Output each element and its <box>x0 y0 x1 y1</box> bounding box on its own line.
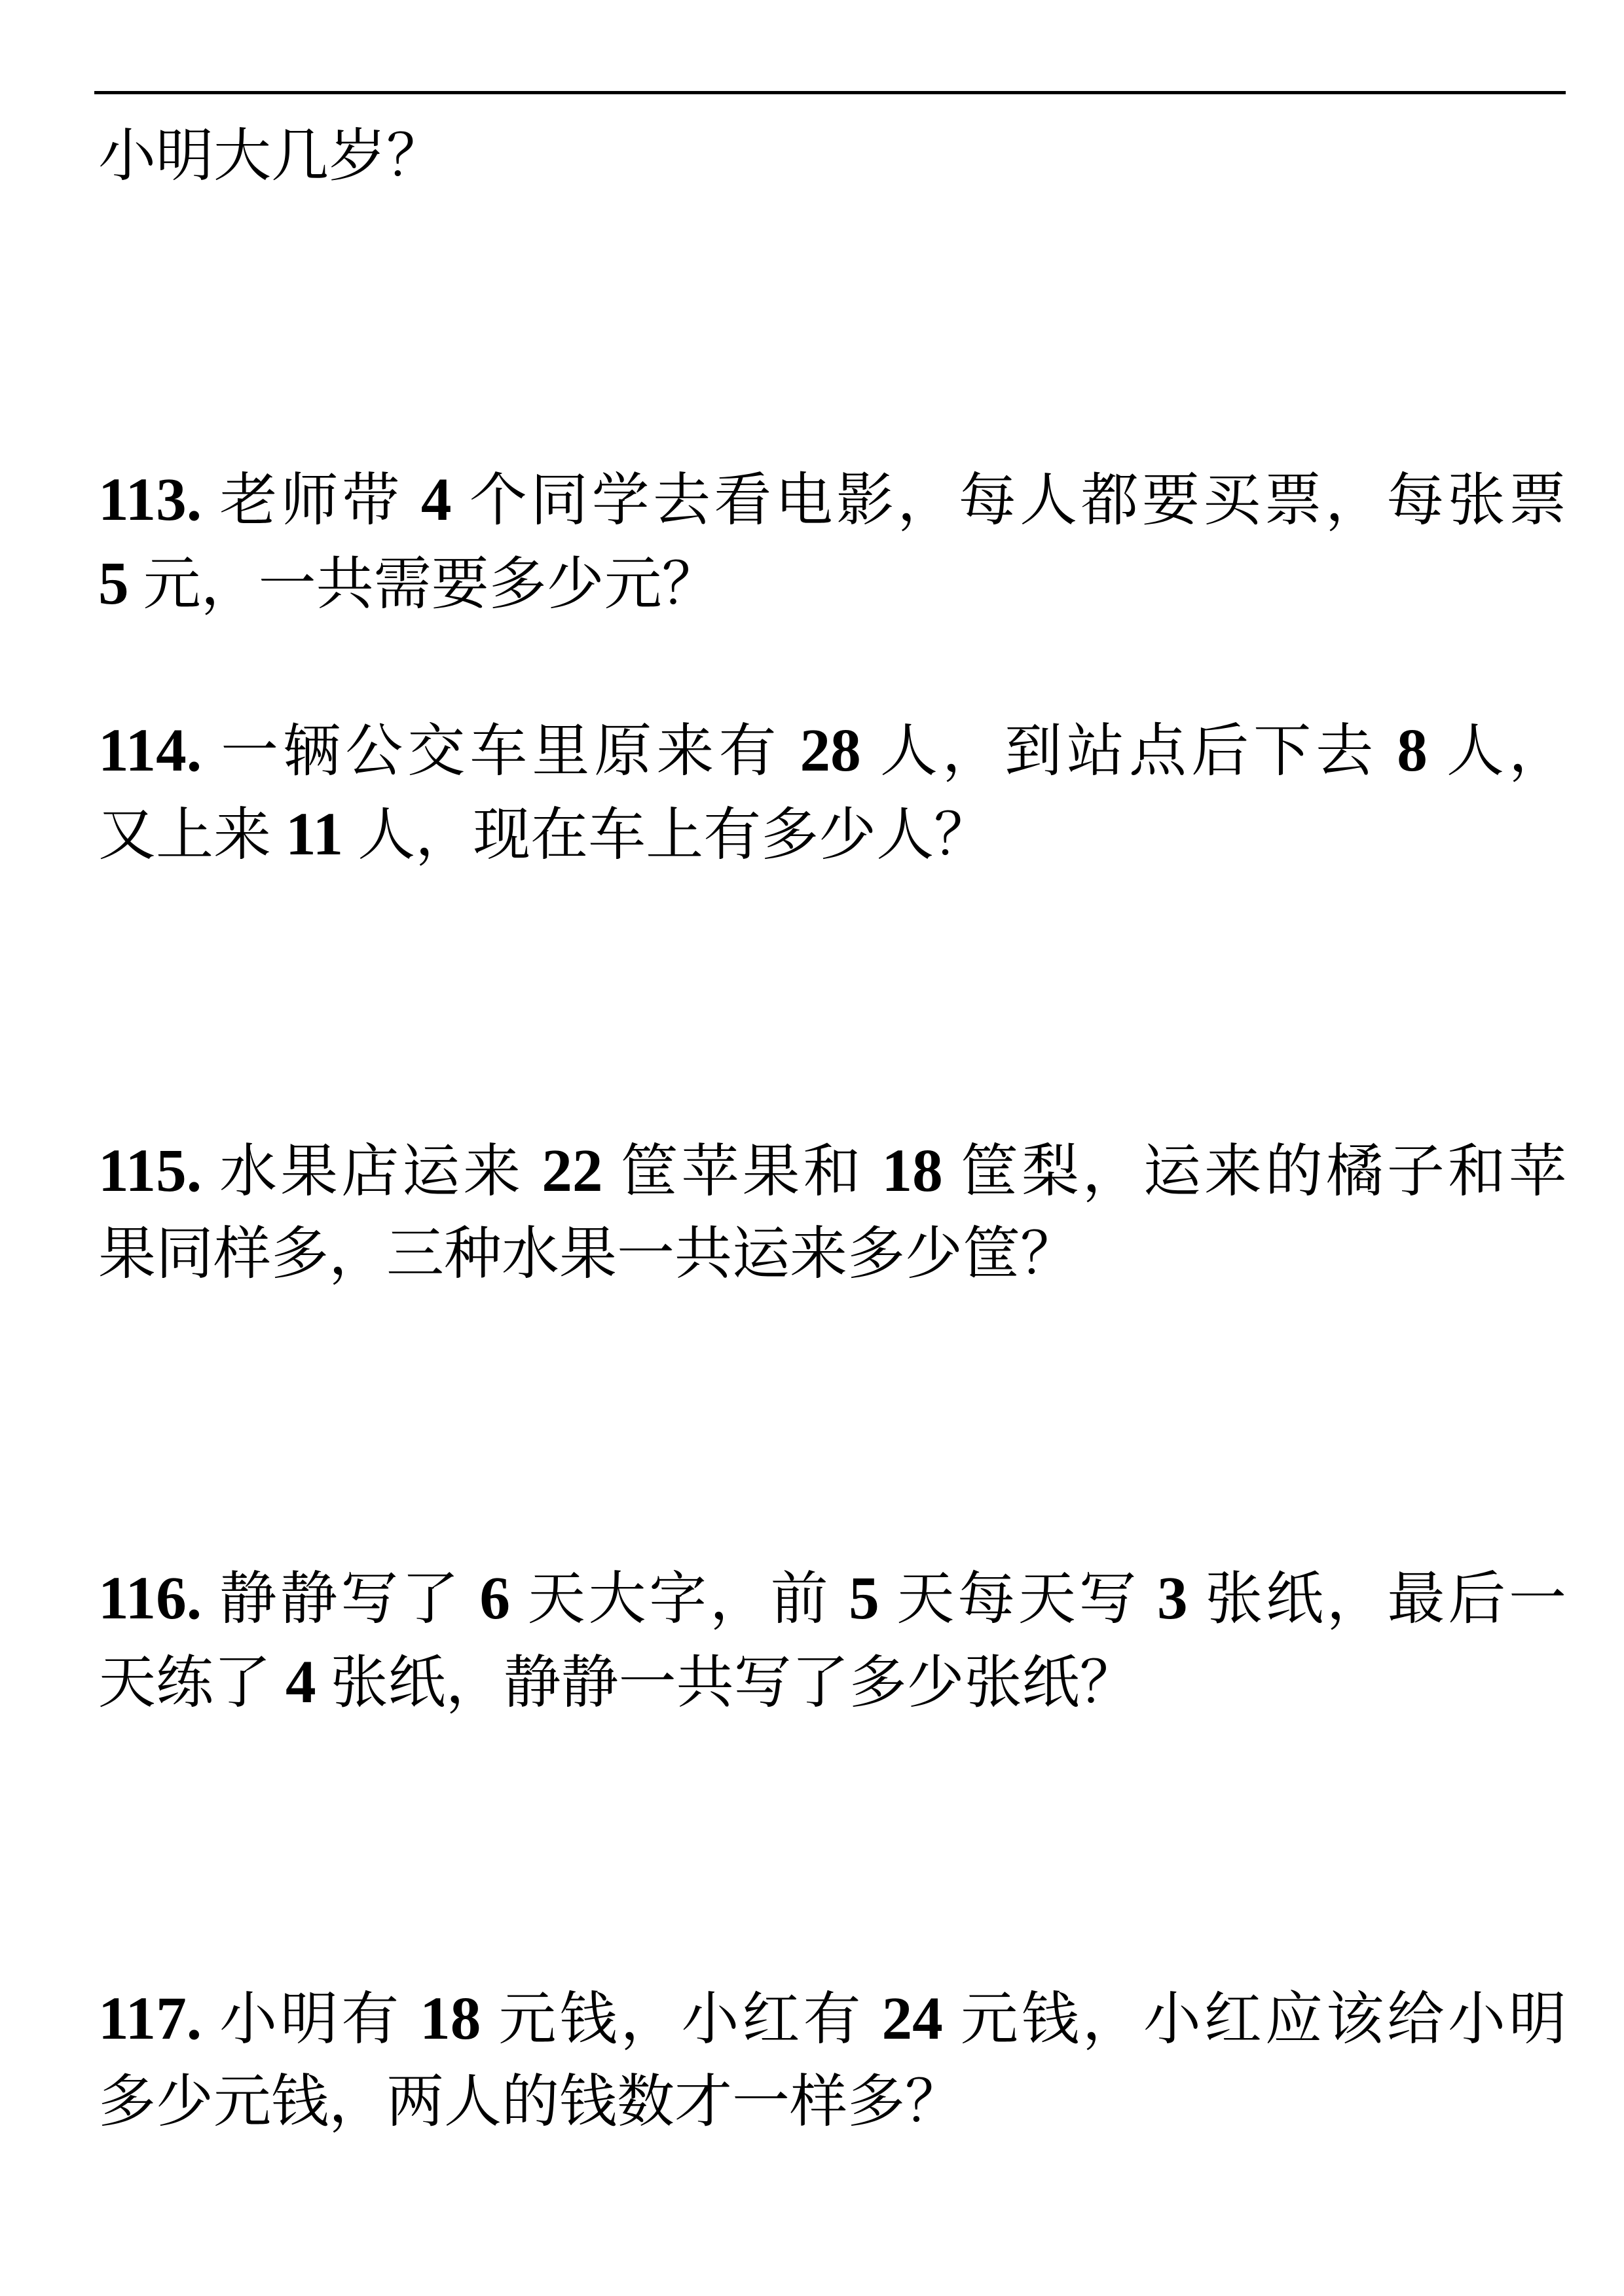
text-run: 又上来 <box>98 804 286 867</box>
text-run: 个同学去看电影，每人都要买票，每张票 <box>452 469 1566 533</box>
text-run: 水果店运来 <box>202 1140 542 1204</box>
number-run: 6 <box>479 1565 510 1632</box>
problem-117: 117. 小明有 18 元钱，小红有 24 元钱，小红应该给小明多少元钱，两人的… <box>98 1978 1566 2144</box>
number-run: 22 <box>542 1137 602 1205</box>
section-divider-line <box>94 91 1566 94</box>
problem-113: 113. 老师带 4 个同学去看电影，每人都要买票，每张票5 元，一共需要多少元… <box>98 459 1566 627</box>
number-run: 18 <box>420 1985 481 2052</box>
text-run: 筐梨，运来的橘子和苹 <box>943 1140 1566 1204</box>
problem-117-line-2: 多少元钱，两人的钱数才一样多？ <box>98 2062 1566 2144</box>
document-page: 小明大几岁？ 113. 老师带 4 个同学去看电影，每人都要买票，每张票5 元，… <box>0 0 1624 2296</box>
problem-116: 116. 静静写了 6 天大字，前 5 天每天写 3 张纸，最后一天练了 4 张… <box>98 1558 1566 1725</box>
problem-117-line-1: 117. 小明有 18 元钱，小红有 24 元钱，小红应该给小明 <box>98 1978 1566 2062</box>
problem-114: 114. 一辆公交车里原来有 28 人，到站点后下去 8 人，又上来 11 人，… <box>98 710 1566 877</box>
number-run: 5 <box>98 550 129 617</box>
text-run: 一辆公交车里原来有 <box>202 720 800 784</box>
text-run: 天练了 <box>98 1652 286 1715</box>
problem-115-line-1: 115. 水果店运来 22 筐苹果和 18 筐梨，运来的橘子和苹 <box>98 1130 1566 1214</box>
text-run: 元钱，小红应该给小明 <box>943 1988 1566 2052</box>
number-run: 113. <box>98 466 202 534</box>
text-run: 人， <box>1428 720 1566 784</box>
number-run: 114. <box>98 717 202 784</box>
text-run: 张纸，最后一 <box>1188 1568 1566 1631</box>
text-run: 小明有 <box>202 1988 420 2052</box>
worksheet-page: { "colors": { "background": "#ffffff", "… <box>0 0 1624 2296</box>
text-run: 天每天写 <box>879 1568 1157 1631</box>
previous-question-continuation-line: 小明大几岁？ <box>98 116 1566 198</box>
number-run: 116. <box>98 1565 202 1632</box>
problem-116-line-2: 天练了 4 张纸，静静一共写了多少张纸？ <box>98 1641 1566 1725</box>
problem-113-line-1: 113. 老师带 4 个同学去看电影，每人都要买票，每张票 <box>98 459 1566 543</box>
number-run: 18 <box>882 1137 943 1205</box>
text-run: 多少元钱，两人的钱数才一样多？ <box>98 2071 963 2134</box>
problem-114-line-2: 又上来 11 人，现在车上有多少人？ <box>98 793 1566 877</box>
number-run: 115. <box>98 1137 202 1205</box>
problem-114-line-1: 114. 一辆公交车里原来有 28 人，到站点后下去 8 人， <box>98 710 1566 793</box>
text-run: 元钱，小红有 <box>481 1988 881 2052</box>
text-run: 果同样多，三种水果一共运来多少筐？ <box>98 1223 1078 1286</box>
problem-115: 115. 水果店运来 22 筐苹果和 18 筐梨，运来的橘子和苹果同样多，三种水… <box>98 1130 1566 1296</box>
text-run: 筐苹果和 <box>602 1140 881 1204</box>
number-run: 8 <box>1397 717 1428 784</box>
number-run: 117. <box>98 1985 202 2052</box>
text-run: 人，现在车上有多少人？ <box>343 804 991 867</box>
problem-116-line-1: 116. 静静写了 6 天大字，前 5 天每天写 3 张纸，最后一 <box>98 1558 1566 1641</box>
text-run: 人，到站点后下去 <box>861 720 1397 784</box>
number-run: 28 <box>800 717 861 784</box>
text-run: 静静写了 <box>202 1568 479 1631</box>
number-run: 4 <box>286 1649 316 1716</box>
number-run: 11 <box>286 801 343 868</box>
number-run: 3 <box>1157 1565 1188 1632</box>
text-run: 张纸，静静一共写了多少张纸？ <box>316 1652 1137 1715</box>
problem-115-line-2: 果同样多，三种水果一共运来多少筐？ <box>98 1214 1566 1296</box>
number-run: 24 <box>882 1985 943 2052</box>
text-run: 老师带 <box>202 469 421 533</box>
text-run: 天大字，前 <box>510 1568 849 1631</box>
text-run: 元，一共需要多少元？ <box>129 553 720 617</box>
number-run: 4 <box>421 466 452 534</box>
number-run: 5 <box>849 1565 879 1632</box>
problem-113-line-2: 5 元，一共需要多少元？ <box>98 543 1566 627</box>
